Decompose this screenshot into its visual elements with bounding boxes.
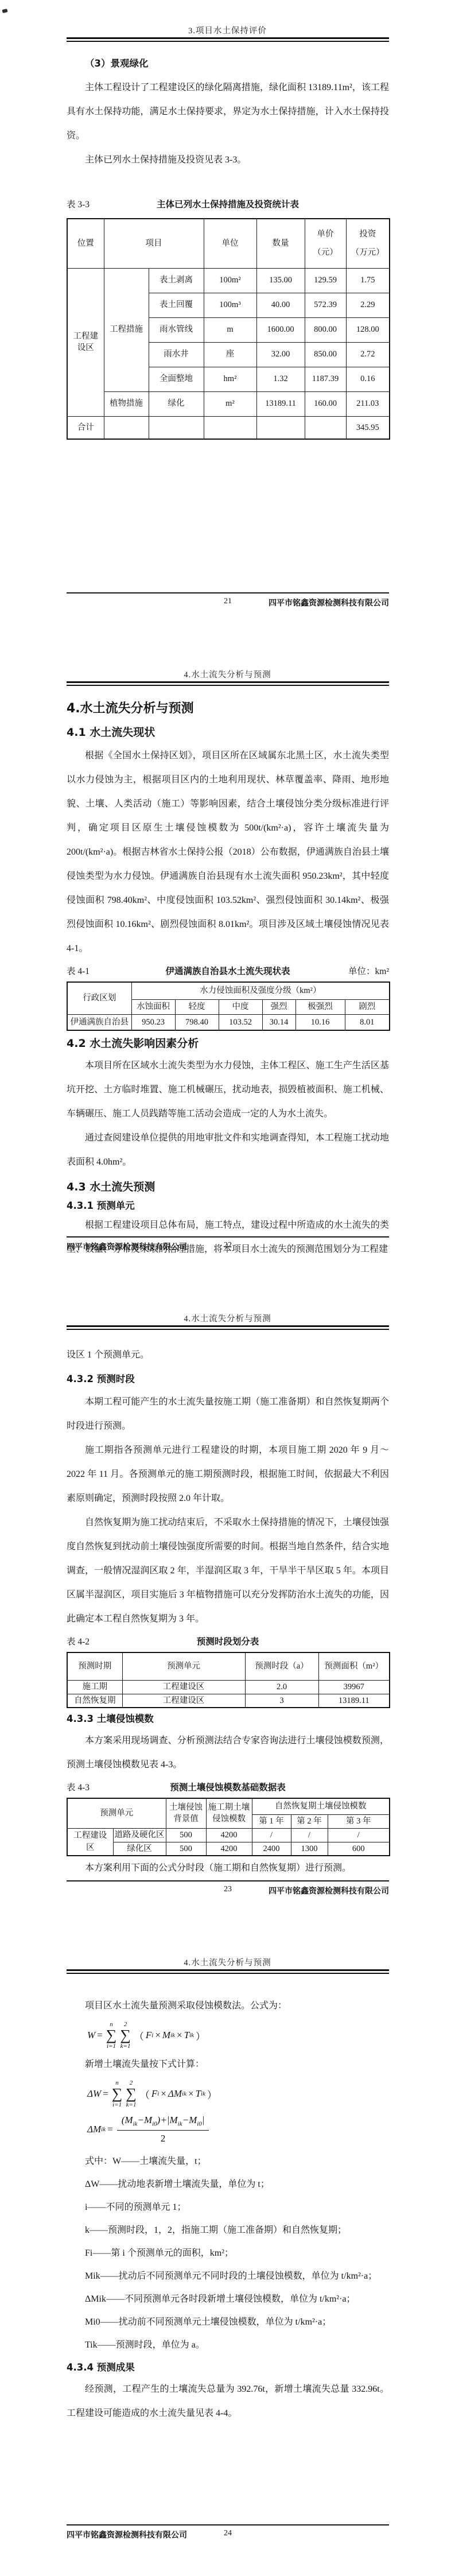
table-cell: 工程建 设区 bbox=[67, 268, 104, 416]
table-row: 施工期 工程建设区 2.0 39967 bbox=[67, 1680, 390, 1694]
table-cell: 500 bbox=[166, 1828, 206, 1842]
table-cell: 项目 bbox=[104, 219, 204, 268]
table-cell: 2.29 bbox=[346, 293, 390, 317]
page-footer: 四平市铭鑫资源检测科技有限公司 24 bbox=[67, 2529, 389, 2540]
table-cell: 100m³ bbox=[204, 293, 256, 317]
definition-line: ΔMik——不同预测单元各时段新增土壤侵蚀模数，单位为 t/km²·a； bbox=[85, 2288, 389, 2311]
table-cell: 135.00 bbox=[256, 268, 305, 293]
table-title: 伊通满族自治县水土流失现状表 bbox=[165, 964, 290, 977]
table-cell: 103.52 bbox=[219, 1014, 262, 1030]
table-row: 工程建设 区 道路及硬化区 500 4200 / / / bbox=[67, 1828, 390, 1842]
equals-sign: = bbox=[107, 2124, 113, 2135]
table-cell: 13189.11 bbox=[256, 391, 305, 416]
page-number: 21 bbox=[224, 597, 232, 606]
formula-lhs: W bbox=[87, 2030, 95, 2041]
page-number: 24 bbox=[224, 2529, 232, 2538]
company-name: 四平市铭鑫资源检测科技有限公司 bbox=[67, 1241, 187, 1252]
table-cell: 轻度 bbox=[175, 999, 219, 1014]
formula-lhs: ΔW bbox=[87, 2088, 101, 2100]
table-label: 表 4-1 bbox=[67, 964, 90, 977]
table-cell: 0.16 bbox=[346, 367, 390, 391]
table-cell: 1.32 bbox=[256, 367, 305, 391]
equals-sign: = bbox=[103, 2088, 108, 2100]
table-3-3: 位置 项目 单位 数量 单价 （元） 投资 （万元） 工程建 设区 工程措施 表… bbox=[67, 218, 390, 440]
section-heading-4-3-3: 4.3.3 土壤侵蚀模数 bbox=[67, 1712, 389, 1727]
table-cell: 572.39 bbox=[305, 293, 346, 317]
equals-sign: = bbox=[97, 2030, 103, 2041]
table-cell: 预测时段（a） bbox=[245, 1652, 318, 1680]
formula-new-soil-loss: ΔW = n∑i=1 2∑k=1 （ Fi × ΔMik × Tik ） bbox=[87, 2078, 389, 2110]
definition-line: Tik——预测时段，单位为 a。 bbox=[85, 2334, 389, 2357]
table-cell: 强烈 bbox=[262, 999, 295, 1014]
table-cell: 土壤侵蚀 背景值 bbox=[166, 1798, 206, 1828]
table-cell: 4200 bbox=[206, 1828, 252, 1842]
table-cell: 第 2 年 bbox=[291, 1814, 328, 1828]
company-name: 四平市铭鑫资源检测科技有限公司 bbox=[269, 597, 389, 608]
table-cell: 自然恢复期 bbox=[67, 1694, 122, 1708]
footer-rule bbox=[67, 2524, 389, 2525]
section-heading-4-3: 4.3 水土流失预测 bbox=[67, 1179, 389, 1195]
section-title-landscape-greening: （3）景观绿化 bbox=[67, 55, 389, 72]
running-header: 4.水土流失分析与预测 bbox=[0, 668, 455, 680]
table-cell: 工程建设区 bbox=[122, 1694, 245, 1708]
table-row: 自然恢复期 工程建设区 3 13189.11 bbox=[67, 1694, 390, 1708]
table-cell: 600 bbox=[328, 1842, 390, 1856]
table-cell: 极强烈 bbox=[295, 999, 345, 1014]
definition-line: 式中：W——土壤流失量，t； bbox=[85, 2150, 389, 2173]
table-title: 预测土壤侵蚀模数基础数据表 bbox=[170, 1780, 286, 1793]
table-cell: 表土回覆 bbox=[149, 293, 204, 317]
formula-delta-modulus: ΔMik = (Mik−Mi0)+|Mik−Mi0| 2 bbox=[87, 2112, 389, 2147]
table-cell: 施工期 bbox=[67, 1680, 122, 1694]
table-row: 位置 项目 单位 数量 单价 （元） 投资 （万元） bbox=[67, 219, 390, 268]
table-cell: 211.03 bbox=[346, 391, 390, 416]
table-cell: 预测面积（m²） bbox=[318, 1652, 390, 1680]
paragraph: 新增土壤流失量按下式计算： bbox=[67, 2053, 389, 2077]
table-cell: / bbox=[328, 1828, 390, 1842]
table-row: 行政区划 水力侵蚀面积及强度分级（km²） bbox=[67, 982, 390, 999]
paragraph: 本期工程可能产生的水土流失量按施工期（施工准备期）和自然恢复期两个时段进行预测。 bbox=[67, 1390, 389, 1438]
table-cell: 3 bbox=[245, 1694, 318, 1708]
table-cell: 工程建设区 bbox=[122, 1680, 245, 1694]
table-cell: 中度 bbox=[219, 999, 262, 1014]
table-cell: 表土剥离 bbox=[149, 268, 204, 293]
table-cell: 1300 bbox=[291, 1842, 328, 1856]
table-cell: 850.00 bbox=[305, 342, 346, 367]
table-cell: 2.72 bbox=[346, 342, 390, 367]
table-cell bbox=[104, 416, 149, 439]
table-cell: 全面整地 bbox=[149, 367, 204, 391]
table-cell: 行政区划 bbox=[67, 982, 131, 1014]
table-cell: 4200 bbox=[206, 1842, 252, 1856]
fraction: (Mik−Mi0)+|Mik−Mi0| 2 bbox=[117, 2115, 209, 2144]
table-label: 表 4-2 bbox=[67, 1635, 90, 1647]
table-cell bbox=[204, 416, 256, 439]
section-heading-4-1: 4.1 水土流失现状 bbox=[67, 724, 389, 740]
table-cell: 32.00 bbox=[256, 342, 305, 367]
page-number: 22 bbox=[224, 1241, 232, 1250]
paragraph: 主体工程设计了工程建设区的绿化隔离措施，绿化面积 13189.11m²，该工程具… bbox=[67, 76, 389, 148]
footer-rule bbox=[67, 1880, 389, 1881]
table-cell: 40.00 bbox=[256, 293, 305, 317]
section-heading-4-3-2: 4.3.2 预测时段 bbox=[67, 1372, 389, 1387]
table-cell: 8.01 bbox=[345, 1014, 390, 1030]
paragraph: 通过查阅建设单位提供的用地审批文件和实地调查得知，本工程施工扰动地表面积 4.0… bbox=[67, 1126, 389, 1174]
page-footer: 23 四平市铭鑫资源检测科技有限公司 bbox=[67, 1885, 389, 1896]
table-cell: 施工期土壤 侵蚀模数 bbox=[206, 1798, 252, 1828]
table-cell: 投资 （万元） bbox=[346, 219, 390, 268]
table-cell: 位置 bbox=[67, 219, 104, 268]
table-row: 工程建 设区 工程措施 表土剥离 100m² 135.00 129.59 1.7… bbox=[67, 268, 390, 293]
table-cell: 绿化区 bbox=[113, 1842, 166, 1856]
sigma-sum: 2∑k=1 bbox=[126, 2080, 137, 2108]
paragraph: 本项目所在区域水土流失类型为水力侵蚀，主体工程区、施工生产生活区基坑开挖、土方临… bbox=[67, 1054, 389, 1126]
page-number: 23 bbox=[224, 1885, 232, 1894]
paragraph: 经预测，工程产生的土壤流失总量为 392.76t，新增土壤流失总量 332.96… bbox=[67, 2377, 389, 2426]
table-cell: 伊通满族自治县 bbox=[67, 1014, 131, 1030]
definition-line: Mi0——扰动前不同预测单元土壤侵蚀模数，单位为 t/km²·a； bbox=[85, 2311, 389, 2334]
table-cell: 绿化 bbox=[149, 391, 204, 416]
table-cell: 单位 bbox=[204, 219, 256, 268]
table-cell: 798.40 bbox=[175, 1014, 219, 1030]
page-4: 4.水土流失分析与预测 项目区水土流失量预测采取侵蚀模数法。公式为： W = n… bbox=[0, 1932, 455, 2576]
table-cell: 129.59 bbox=[305, 268, 346, 293]
footer-rule bbox=[67, 592, 389, 593]
table-cell: 30.14 bbox=[262, 1014, 295, 1030]
table-cell: 雨水井 bbox=[149, 342, 204, 367]
footer-rule bbox=[67, 1236, 389, 1237]
page-footer: 四平市铭鑫资源检测科技有限公司 22 bbox=[67, 1241, 389, 1252]
table-label: 表 3-3 bbox=[67, 197, 90, 210]
table-row: 绿化区 500 4200 2400 1300 600 bbox=[67, 1842, 390, 1856]
table-cell: / bbox=[291, 1828, 328, 1842]
table-cell: 雨水管线 bbox=[149, 317, 204, 342]
table-cell: hm² bbox=[204, 367, 256, 391]
table-cell: 950.23 bbox=[131, 1014, 175, 1030]
table-title: 预测时段划分表 bbox=[197, 1635, 259, 1647]
table-cell: 13189.11 bbox=[318, 1694, 390, 1708]
table-row: 伊通满族自治县 950.23 798.40 103.52 30.14 10.16… bbox=[67, 1014, 390, 1030]
page-footer: 21 四平市铭鑫资源检测科技有限公司 bbox=[67, 597, 389, 608]
table-row: 合计 345.95 bbox=[67, 416, 390, 439]
running-header: 3.项目水土保持评价 bbox=[0, 24, 455, 36]
section-heading-4-3-1: 4.3.1 预测单元 bbox=[67, 1198, 389, 1213]
table-cell: 预测时期 bbox=[67, 1652, 122, 1680]
table-cell: 128.00 bbox=[346, 317, 390, 342]
table-3-3-caption: 表 3-3 主体已列水土保持措施及投资统计表 bbox=[67, 197, 389, 212]
table-4-2-caption: 表 4-2 预测时段划分表 bbox=[67, 1635, 389, 1650]
paragraph: 根据《全国水土保持区划》，项目区所在区域属东北黑土区，水土流失类型以水力侵蚀为主… bbox=[67, 744, 389, 961]
table-cell: 1.75 bbox=[346, 268, 390, 293]
table-cell: 39967 bbox=[318, 1680, 390, 1694]
paragraph: 施工期指各预测单元进行工程建设的时期，本项目施工期 2020 年 9 月～202… bbox=[67, 1438, 389, 1511]
table-row: 预测单元 土壤侵蚀 背景值 施工期土壤 侵蚀模数 自然恢复期土壤侵蚀模数 bbox=[67, 1798, 390, 1814]
company-name: 四平市铭鑫资源检测科技有限公司 bbox=[67, 2529, 187, 2540]
table-title: 主体已列水土保持措施及投资统计表 bbox=[157, 197, 299, 210]
running-header: 4.水土流失分析与预测 bbox=[0, 1956, 455, 1968]
table-cell: 第 3 年 bbox=[328, 1814, 390, 1828]
table-cell: 1187.39 bbox=[305, 367, 346, 391]
table-cell: 1600.00 bbox=[256, 317, 305, 342]
table-cell: / bbox=[252, 1828, 291, 1842]
table-cell: 10.16 bbox=[295, 1014, 345, 1030]
page-3: 4.水土流失分析与预测 设区 1 个预测单元。 4.3.2 预测时段 本期工程可… bbox=[0, 1288, 455, 1932]
table-cell: 道路及硬化区 bbox=[113, 1828, 166, 1842]
paragraph: 设区 1 个预测单元。 bbox=[67, 1343, 389, 1367]
table-cell: 数量 bbox=[256, 219, 305, 268]
paragraph: 主体已列水土保持措施及投资见表 3-3。 bbox=[67, 148, 389, 172]
table-4-3: 预测单元 土壤侵蚀 背景值 施工期土壤 侵蚀模数 自然恢复期土壤侵蚀模数 第 1… bbox=[67, 1798, 390, 1856]
table-cell: 水力侵蚀面积及强度分级（km²） bbox=[131, 982, 390, 999]
table-cell: m bbox=[204, 317, 256, 342]
table-cell: 100m² bbox=[204, 268, 256, 293]
table-cell: 800.00 bbox=[305, 317, 346, 342]
table-cell: 工程措施 bbox=[104, 268, 149, 391]
paragraph: 自然恢复期为施工扰动结束后，不采取水土保持措施的情况下，土壤侵蚀强度自然恢复到扰… bbox=[67, 1511, 389, 1631]
table-cell: 345.95 bbox=[346, 416, 390, 439]
table-label: 表 4-3 bbox=[67, 1780, 90, 1793]
variable-definitions: 式中：W——土壤流失量，t； ΔW——扰动地表新增土壤流失量，单位为 t； i—… bbox=[67, 2150, 389, 2357]
sigma-sum: 2∑k=1 bbox=[120, 2021, 131, 2050]
table-cell: 2.0 bbox=[245, 1680, 318, 1694]
company-name: 四平市铭鑫资源检测科技有限公司 bbox=[269, 1885, 389, 1896]
sigma-sum: n∑i=1 bbox=[106, 2021, 117, 2050]
paragraph: 本方案采用现场调查、分析预测法结合专家咨询法进行土壤侵蚀模数预测，预测土壤侵蚀模… bbox=[67, 1729, 389, 1777]
table-cell: 合计 bbox=[67, 416, 104, 439]
sigma-sum: n∑i=1 bbox=[112, 2080, 123, 2108]
table-cell: 第 1 年 bbox=[252, 1814, 291, 1828]
page-1: 3.项目水土保持评价 （3）景观绿化 主体工程设计了工程建设区的绿化隔离措施，绿… bbox=[0, 0, 455, 644]
table-cell: 单价 （元） bbox=[305, 219, 346, 268]
table-cell: 160.00 bbox=[305, 391, 346, 416]
table-row: 预测时期 预测单元 预测时段（a） 预测面积（m²） bbox=[67, 1652, 390, 1680]
scan-artifact bbox=[2, 9, 7, 13]
paragraph: 项目区水土流失量预测采取侵蚀模数法。公式为： bbox=[67, 1994, 389, 2018]
definition-line: i——不同的预测单元 1； bbox=[85, 2196, 389, 2219]
definition-line: ΔW——扰动地表新增土壤流失量，单位为 t； bbox=[85, 2173, 389, 2196]
section-heading-4-2: 4.2 水土流失影响因素分析 bbox=[67, 1035, 389, 1052]
table-cell: 工程建设 区 bbox=[67, 1828, 113, 1856]
table-cell bbox=[305, 416, 346, 439]
table-cell: 自然恢复期土壤侵蚀模数 bbox=[252, 1798, 390, 1814]
table-unit: 单位：km² bbox=[348, 964, 389, 977]
formula-lhs: ΔM bbox=[87, 2124, 101, 2135]
table-cell: m² bbox=[204, 391, 256, 416]
definition-line: Mik——扰动后不同预测单元不同时段的土壤侵蚀模数，单位为 t/km²·a； bbox=[85, 2265, 389, 2288]
chapter-heading: 4.水土流失分析与预测 bbox=[67, 700, 389, 717]
paragraph: 根据工程建设项目总体布局，施工特点，建设过程中所造成的水土流失的类型、数量、分布… bbox=[67, 1213, 389, 1262]
running-header: 4.水土流失分析与预测 bbox=[0, 1312, 455, 1324]
table-cell: 植物措施 bbox=[104, 391, 149, 416]
table-cell: 水蚀面积 bbox=[131, 999, 175, 1014]
table-cell: 预测单元 bbox=[122, 1652, 245, 1680]
page-2: 4.水土流失分析与预测 4.水土流失分析与预测 4.1 水土流失现状 根据《全国… bbox=[0, 644, 455, 1288]
table-row: 植物措施 绿化 m² 13189.11 160.00 211.03 bbox=[67, 391, 390, 416]
table-4-2: 预测时期 预测单元 预测时段（a） 预测面积（m²） 施工期 工程建设区 2.0… bbox=[67, 1652, 390, 1708]
table-4-1: 行政区划 水力侵蚀面积及强度分级（km²） 水蚀面积 轻度 中度 强烈 极强烈 … bbox=[67, 981, 390, 1031]
table-cell: 500 bbox=[166, 1842, 206, 1856]
table-cell bbox=[256, 416, 305, 439]
section-heading-4-3-4: 4.3.4 预测成果 bbox=[67, 2360, 389, 2375]
table-4-1-caption: 表 4-1 伊通满族自治县水土流失现状表 单位：km² bbox=[67, 964, 389, 979]
paragraph: 本方案利用下面的公式分时段（施工期和自然恢复期）进行预测。 bbox=[67, 1856, 389, 1880]
definition-line: Fi——第 i 个预测单元的面积，km²； bbox=[85, 2242, 389, 2265]
table-cell: 座 bbox=[204, 342, 256, 367]
table-cell: 剧烈 bbox=[345, 999, 390, 1014]
table-4-3-caption: 表 4-3 预测土壤侵蚀模数基础数据表 bbox=[67, 1780, 389, 1795]
table-cell bbox=[149, 416, 204, 439]
definition-line: k——预测时段，1，2，指施工期（施工准备期）和自然恢复期； bbox=[85, 2219, 389, 2242]
table-cell: 预测单元 bbox=[67, 1798, 166, 1828]
formula-soil-loss: W = n∑i=1 2∑k=1 （ Fi × Mik × Tik ） bbox=[87, 2019, 389, 2051]
table-cell: 2400 bbox=[252, 1842, 291, 1856]
